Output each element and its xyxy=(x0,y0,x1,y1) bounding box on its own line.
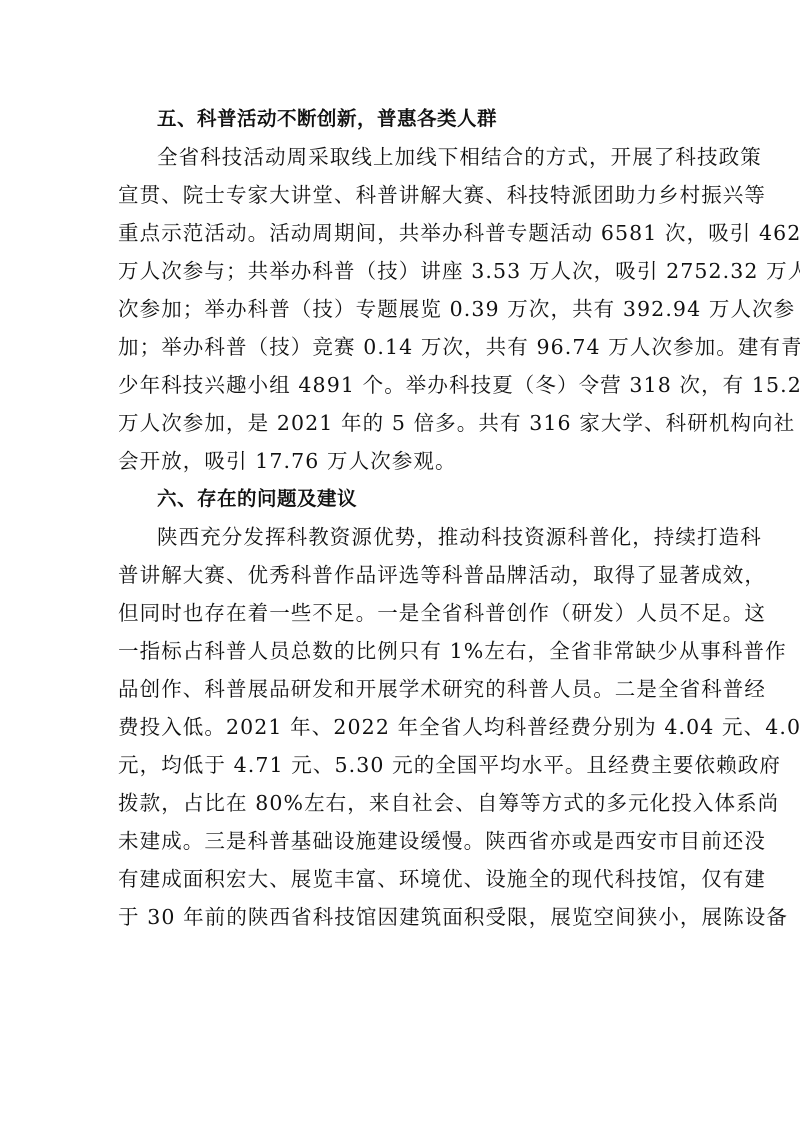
paragraph-line: 未建成。三是科普基础设施建设缓慢。陕西省亦或是西安市目前还没 xyxy=(118,822,684,860)
section-heading-6: 六、存在的问题及建议 xyxy=(157,480,357,518)
paragraph-line: 万人次参与；共举办科普（技）讲座 3.53 万人次，吸引 2752.32 万人 xyxy=(118,252,684,290)
paragraph-line: 少年科技兴趣小组 4891 个。举办科技夏（冬）令营 318 次，有 15.25 xyxy=(118,366,684,404)
paragraph-line: 万人次参加，是 2021 年的 5 倍多。共有 316 家大学、科研机构向社 xyxy=(118,404,684,442)
paragraph-line: 拨款，占比在 80%左右，来自社会、自筹等方式的多元化投入体系尚 xyxy=(118,784,684,822)
paragraph-line: 一指标占科普人员总数的比例只有 1%左右，全省非常缺少从事科普作 xyxy=(118,632,684,670)
paragraph-line: 元，均低于 4.71 元、5.30 元的全国平均水平。且经费主要依赖政府 xyxy=(118,746,684,784)
paragraph-line: 费投入低。2021 年、2022 年全省人均科普经费分别为 4.04 元、4.0… xyxy=(118,708,684,746)
section-heading-5: 五、科普活动不断创新，普惠各类人群 xyxy=(157,100,497,138)
paragraph-line: 重点示范活动。活动周期间，共举办科普专题活动 6581 次，吸引 462.74 xyxy=(118,214,684,252)
paragraph-line: 全省科技活动周采取线上加线下相结合的方式，开展了科技政策 xyxy=(157,138,684,176)
paragraph-line: 普讲解大赛、优秀科普作品评选等科普品牌活动，取得了显著成效， xyxy=(118,556,684,594)
paragraph-line: 品创作、科普展品研发和开展学术研究的科普人员。二是全省科普经 xyxy=(118,670,684,708)
paragraph-line: 有建成面积宏大、展览丰富、环境优、设施全的现代科技馆，仅有建 xyxy=(118,860,684,898)
paragraph-line: 次参加；举办科普（技）专题展览 0.39 万次，共有 392.94 万人次参 xyxy=(118,290,684,328)
paragraph-line: 陕西充分发挥科教资源优势，推动科技资源科普化，持续打造科 xyxy=(157,518,684,556)
paragraph-line: 宣贯、院士专家大讲堂、科普讲解大赛、科技特派团助力乡村振兴等 xyxy=(118,176,684,214)
paragraph-line: 于 30 年前的陕西省科技馆因建筑面积受限，展览空间狭小，展陈设备 xyxy=(118,898,684,936)
paragraph-line: 但同时也存在着一些不足。一是全省科普创作（研发）人员不足。这 xyxy=(118,594,684,632)
paragraph-line: 会开放，吸引 17.76 万人次参观。 xyxy=(118,442,457,480)
paragraph-line: 加；举办科普（技）竞赛 0.14 万次，共有 96.74 万人次参加。建有青 xyxy=(118,328,684,366)
